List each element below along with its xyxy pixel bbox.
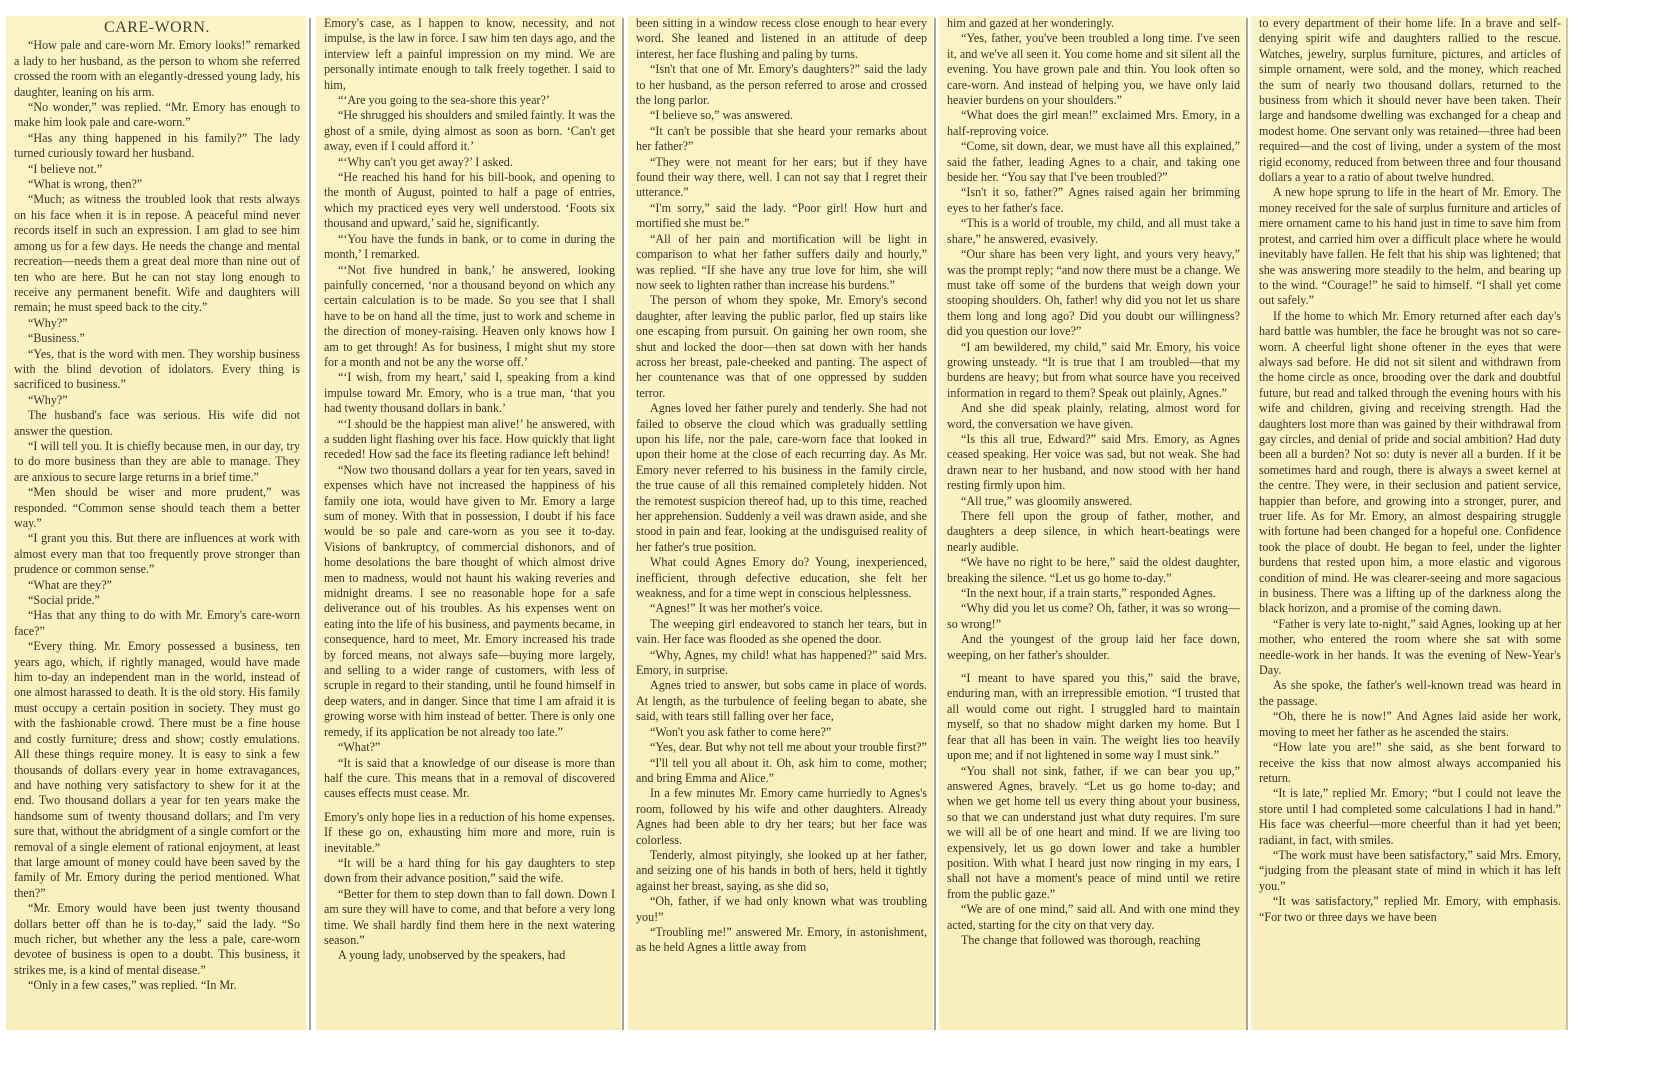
article-paragraph: “Is this all true, Edward?” said Mrs. Em… [947, 432, 1240, 494]
article-column-3: been sitting in a window recess close en… [628, 16, 933, 1030]
article-paragraph: “I meant to have spared you this,” said … [947, 671, 1240, 763]
scan-margin [0, 1030, 1654, 1080]
article-paragraph: Emory's only hope lies in a reduction of… [324, 810, 615, 856]
article-paragraph: “How pale and care-worn Mr. Emory looks!… [14, 38, 300, 100]
article-paragraph: “How late you are!” she said, as she ben… [1259, 740, 1561, 786]
article-column-1: CARE-WORN. “How pale and care-worn Mr. E… [6, 16, 306, 1030]
column-4-text: him and gazed at her wonderingly.“Yes, f… [947, 16, 1240, 948]
article-paragraph: “Every thing. Mr. Emory possessed a busi… [14, 639, 300, 901]
article-paragraph: “We have no right to be here,” said the … [947, 555, 1240, 586]
article-paragraph: “All of her pain and mortification will … [636, 232, 927, 294]
article-paragraph: The weeping girl endeavored to stanch he… [636, 617, 927, 648]
article-paragraph: “What are they?” [14, 578, 300, 593]
article-paragraph: “Father is very late to-night,” said Agn… [1259, 617, 1561, 679]
newspaper-clipping: CARE-WORN. “How pale and care-worn Mr. E… [0, 8, 1654, 1030]
article-paragraph: The person of whom they spoke, Mr. Emory… [636, 293, 927, 401]
article-paragraph: “What is wrong, then?” [14, 177, 300, 192]
article-paragraph: “This is a world of trouble, my child, a… [947, 216, 1240, 247]
article-paragraph: “Mr. Emory would have been just twenty t… [14, 901, 300, 978]
article-paragraph: “I'm sorry,” said the lady. “Poor girl! … [636, 201, 927, 232]
article-paragraph: “‘You have the funds in bank, or to come… [324, 232, 615, 263]
article-paragraph: “‘I wish, from my heart,’ said I, speaki… [324, 370, 615, 416]
article-paragraph: And the youngest of the group laid her f… [947, 632, 1240, 663]
article-paragraph: “No wonder,” was replied. “Mr. Emory has… [14, 100, 300, 131]
article-paragraph: “Why?” [14, 316, 300, 331]
article-paragraph: “It was satisfactory,” replied Mr. Emory… [1259, 894, 1561, 925]
article-paragraph: “Yes, father, you've been troubled a lon… [947, 31, 1240, 108]
article-paragraph: to every department of their home life. … [1259, 16, 1561, 185]
article-paragraph: “I will tell you. It is chiefly because … [14, 439, 300, 485]
article-paragraph: “Come, sit down, dear, we must have all … [947, 139, 1240, 185]
article-paragraph: “Why, Agnes, my child! what has happened… [636, 648, 927, 679]
article-paragraph: “It will be a hard thing for his gay dau… [324, 856, 615, 887]
article-paragraph: “Has that any thing to do with Mr. Emory… [14, 608, 300, 639]
article-paragraph: A young lady, unobserved by the speakers… [324, 948, 615, 963]
article-paragraph: “What?” [324, 740, 615, 755]
column-divider [1246, 18, 1248, 1030]
article-paragraph: “All true,” was gloomily answered. [947, 494, 1240, 509]
article-paragraph: “Agnes!” It was her mother's voice. [636, 601, 927, 616]
article-paragraph: “Yes, dear. But why not tell me about yo… [636, 740, 927, 755]
article-paragraph: If the home to which Mr. Emory returned … [1259, 309, 1561, 617]
article-paragraph: “It is late,” replied Mr. Emory; “but I … [1259, 786, 1561, 848]
article-paragraph: “It can't be possible that she heard you… [636, 124, 927, 155]
article-column-2: Emory's case, as I happen to know, neces… [316, 16, 621, 1030]
article-paragraph: “Better for them to step down than to fa… [324, 887, 615, 949]
column-divider [309, 18, 311, 1030]
clipping-edge [1566, 18, 1568, 1030]
article-title: CARE-WORN. [14, 20, 300, 35]
article-paragraph: Agnes loved her father purely and tender… [636, 401, 927, 555]
article-paragraph: The husband's face was serious. His wife… [14, 408, 300, 439]
article-paragraph: “Troubling me!” answered Mr. Emory, in a… [636, 925, 927, 956]
article-paragraph: “We are of one mind,” said all. And with… [947, 902, 1240, 933]
article-paragraph: There fell upon the group of father, mot… [947, 509, 1240, 555]
column-3-text: been sitting in a window recess close en… [636, 16, 927, 956]
column-1-text: “How pale and care-worn Mr. Emory looks!… [14, 38, 300, 993]
column-divider [934, 18, 936, 1030]
article-paragraph: “I believe not.” [14, 162, 300, 177]
article-paragraph: Tenderly, almost pityingly, she looked u… [636, 848, 927, 894]
article-paragraph: As she spoke, the father's well-known tr… [1259, 678, 1561, 709]
article-paragraph: “‘Are you going to the sea-shore this ye… [324, 93, 615, 108]
article-paragraph: And she did speak plainly, relating, alm… [947, 401, 1240, 432]
article-paragraph: “I grant you this. But there are influen… [14, 531, 300, 577]
article-paragraph: “Isn't that one of Mr. Emory's daughters… [636, 62, 927, 108]
article-paragraph: The change that followed was thorough, r… [947, 933, 1240, 948]
article-paragraph: “Why did you let us come? Oh, father, it… [947, 601, 1240, 632]
article-paragraph: “‘I should be the happiest man alive!’ h… [324, 417, 615, 463]
column-2-text: Emory's case, as I happen to know, neces… [324, 16, 615, 964]
article-paragraph: “Only in a few cases,” was replied. “In … [14, 978, 300, 993]
column-5-text: to every department of their home life. … [1259, 16, 1561, 925]
article-paragraph: “Has any thing happened in his family?” … [14, 131, 300, 162]
article-paragraph: “They were not meant for her ears; but i… [636, 155, 927, 201]
article-column-5: to every department of their home life. … [1251, 16, 1567, 1030]
article-paragraph: “Yes, that is the word with men. They wo… [14, 347, 300, 393]
article-column-4: him and gazed at her wonderingly.“Yes, f… [939, 16, 1246, 1030]
article-paragraph: “Oh, there he is now!” And Agnes laid as… [1259, 709, 1561, 740]
article-paragraph: “It is said that a knowledge of our dise… [324, 756, 615, 802]
article-paragraph: “Our share has been very light, and your… [947, 247, 1240, 339]
article-paragraph: “Social pride.” [14, 593, 300, 608]
article-paragraph: “I'll tell you all about it. Oh, ask him… [636, 756, 927, 787]
article-paragraph: “‘Why can't you get away?’ I asked. [324, 155, 615, 170]
article-paragraph: “Men should be wiser and more prudent,” … [14, 485, 300, 531]
article-paragraph: “Much; as witness the troubled look that… [14, 192, 300, 315]
article-paragraph: In a few minutes Mr. Emory came hurriedl… [636, 786, 927, 848]
article-paragraph: “Won't you ask father to come here?” [636, 725, 927, 740]
article-paragraph: “Now two thousand dollars a year for ten… [324, 463, 615, 740]
article-paragraph: Emory's case, as I happen to know, neces… [324, 16, 615, 93]
column-divider [622, 18, 624, 1030]
article-paragraph: been sitting in a window recess close en… [636, 16, 927, 62]
article-paragraph: A new hope sprung to life in the heart o… [1259, 185, 1561, 308]
article-paragraph: “I am bewildered, my child,” said Mr. Em… [947, 340, 1240, 402]
article-paragraph: “Oh, father, if we had only known what w… [636, 894, 927, 925]
article-paragraph: “The work must have been satisfactory,” … [1259, 848, 1561, 894]
article-paragraph: “In the next hour, if a train starts,” r… [947, 586, 1240, 601]
article-paragraph: “‘Not five hundred in bank,’ he answered… [324, 263, 615, 371]
article-paragraph: “You shall not sink, father, if we can b… [947, 764, 1240, 903]
article-paragraph: “He shrugged his shoulders and smiled fa… [324, 108, 615, 154]
article-paragraph: “He reached his hand for his bill-book, … [324, 170, 615, 232]
article-paragraph: “I believe so,” was answered. [636, 108, 927, 123]
article-paragraph: “Business.” [14, 331, 300, 346]
article-paragraph: What could Agnes Emory do? Young, inexpe… [636, 555, 927, 601]
article-paragraph: him and gazed at her wonderingly. [947, 16, 1240, 31]
article-paragraph: “What does the girl mean!” exclaimed Mrs… [947, 108, 1240, 139]
article-paragraph: Agnes tried to answer, but sobs came in … [636, 678, 927, 724]
article-paragraph: “Isn't it so, father?” Agnes raised agai… [947, 185, 1240, 216]
article-paragraph: “Why?” [14, 393, 300, 408]
